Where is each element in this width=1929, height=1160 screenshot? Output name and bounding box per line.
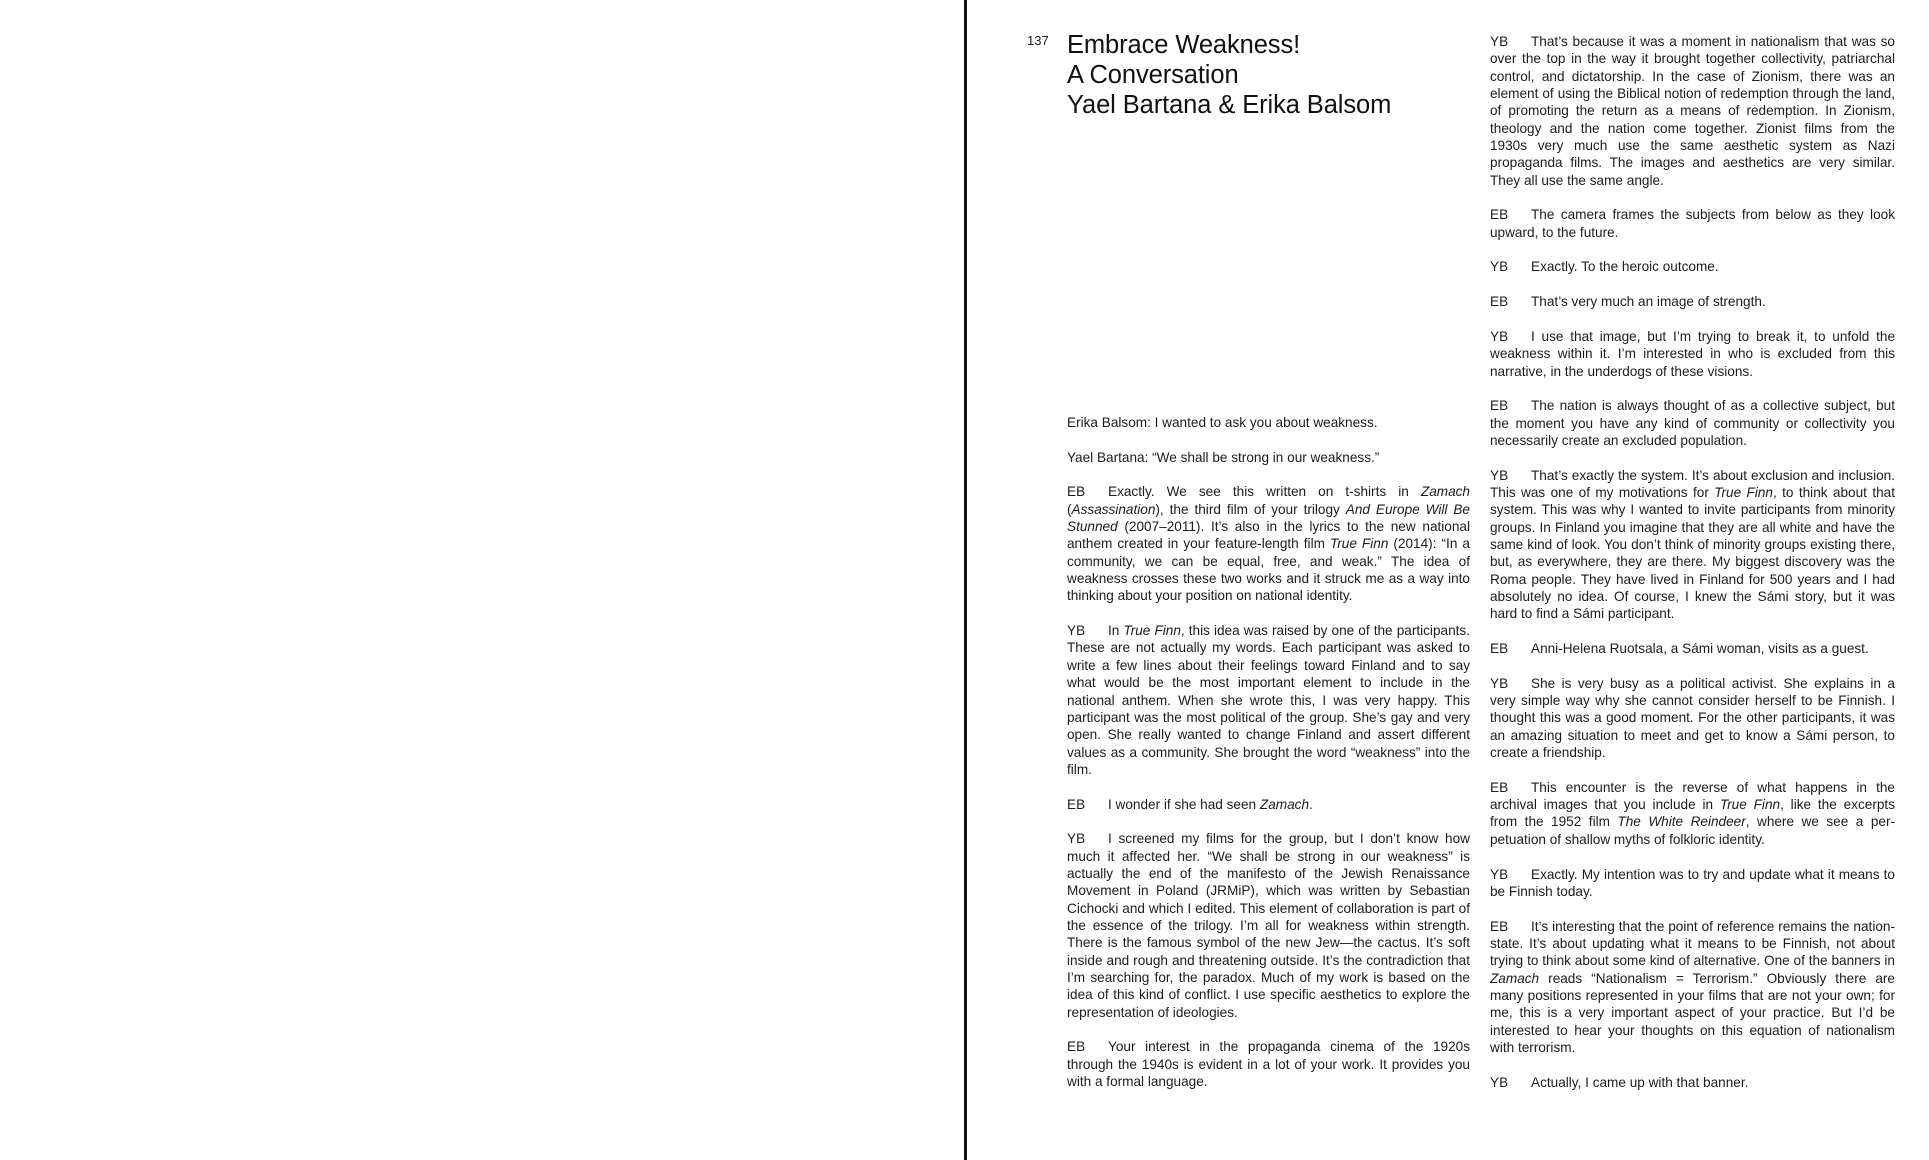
dialogue-paragraph: EBYour interest in the propaganda cinema… <box>1067 1038 1470 1090</box>
paragraph-text: Exactly. My intention was to try and upd… <box>1490 867 1895 899</box>
left-page-blank <box>0 0 964 1160</box>
paragraph-text: I screened my films for the group, but I… <box>1067 831 1470 1019</box>
speaker-initials: EB <box>1067 796 1108 813</box>
paragraph-text: , this idea was raised by one of the par… <box>1067 623 1470 777</box>
article-title: Embrace Weakness! A Conversation Yael Ba… <box>1067 30 1467 120</box>
dialogue-paragraph: EBI wonder if she had seen Zamach. <box>1067 796 1470 813</box>
speaker-initials: EB <box>1490 293 1531 310</box>
speaker-initials: YB <box>1067 622 1108 639</box>
work-title-italic: True Finn <box>1330 536 1388 551</box>
speaker-initials: EB <box>1490 397 1531 414</box>
right-text-column: YBThat’s because it was a moment in nati… <box>1490 33 1895 1091</box>
dialogue-paragraph: EBExactly. We see this written on t-shir… <box>1067 483 1470 604</box>
work-title-italic: Zamach <box>1421 484 1470 499</box>
paragraph-text: Exactly. To the heroic outcome. <box>1531 259 1719 274</box>
dialogue-paragraph: YBIn True Finn, this idea was raised by … <box>1067 622 1470 778</box>
title-line: A Conversation <box>1067 60 1467 90</box>
paragraph-text: . <box>1309 797 1313 812</box>
dialogue-paragraph: YBThat’s exactly the system. It’s about … <box>1490 467 1895 623</box>
paragraph-text: , to think about that system. This was w… <box>1490 485 1895 621</box>
speaker-initials: YB <box>1490 675 1531 692</box>
paragraph-text: I use that image, but I’m trying to brea… <box>1490 329 1895 379</box>
work-title-italic: Zamach <box>1490 971 1539 986</box>
speaker-initials: EB <box>1067 1038 1108 1055</box>
speaker-initials: YB <box>1490 467 1531 484</box>
dialogue-paragraph: YBShe is very busy as a political activi… <box>1490 675 1895 762</box>
work-title-italic: True Finn <box>1720 797 1780 812</box>
dialogue-paragraph: EBThe camera frames the subjects from be… <box>1490 206 1895 241</box>
dialogue-list: YBThat’s because it was a moment in nati… <box>1490 33 1895 1091</box>
speaker-initials: YB <box>1490 328 1531 345</box>
paragraph-text: That’s very much an image of strength. <box>1531 294 1766 309</box>
speaker-initials: YB <box>1490 33 1531 50</box>
dialogue-paragraph: EBAnni-Helena Ruotsala, a Sámi woman, vi… <box>1490 640 1895 657</box>
speaker-initials: YB <box>1490 1074 1531 1091</box>
paragraph-text: Actually, I came up with that banner. <box>1531 1075 1748 1090</box>
speaker-initials: YB <box>1067 830 1108 847</box>
paragraph-text: The nation is always thought of as a col… <box>1490 398 1895 448</box>
dialogue-paragraph: EBThe nation is always thought of as a c… <box>1490 397 1895 449</box>
work-title-italic: True Finn <box>1714 485 1773 500</box>
paragraph-text: I wonder if she had seen <box>1108 797 1260 812</box>
dialogue-paragraph: YBI screened my films for the group, but… <box>1067 830 1470 1021</box>
paragraph-text: Exactly. We see this written on t-shirts… <box>1108 484 1421 499</box>
speaker-initials: YB <box>1490 258 1531 275</box>
dialogue-paragraph: YBI use that image, but I’m trying to br… <box>1490 328 1895 380</box>
dialogue-paragraph: EBIt’s interesting that the point of ref… <box>1490 918 1895 1057</box>
title-line: Yael Bartana & Erika Balsom <box>1067 90 1467 120</box>
paragraph-text: ), the third film of your trilogy <box>1155 502 1345 517</box>
speaker-initials: EB <box>1490 206 1531 223</box>
paragraph-text: It’s interesting that the point of refer… <box>1490 919 1895 969</box>
speaker-initials: EB <box>1490 779 1531 796</box>
work-title-italic: The White Reindeer <box>1617 814 1745 829</box>
dialogue-paragraph: EBThat’s very much an image of strength. <box>1490 293 1895 310</box>
paragraph-text: In <box>1108 623 1123 638</box>
paragraph-text: She is very busy as a political activist… <box>1490 676 1895 760</box>
paragraph-text: The camera frames the subjects from belo… <box>1490 207 1895 239</box>
dialogue-paragraph: YBActually, I came up with that banner. <box>1490 1074 1895 1091</box>
work-title-italic: Zamach <box>1260 797 1309 812</box>
dialogue-list: EBExactly. We see this written on t-shir… <box>1067 483 1470 1090</box>
dialogue-paragraph: EBThis encounter is the reverse of what … <box>1490 779 1895 848</box>
dialogue-paragraph: YBThat’s because it was a moment in nati… <box>1490 33 1895 189</box>
work-title-italic: True Finn <box>1123 623 1180 638</box>
intro-line: Yael Bartana: “We shall be strong in our… <box>1067 449 1470 466</box>
left-text-column: Erika Balsom: I wanted to ask you about … <box>1067 414 1470 1090</box>
paragraph-text: reads “Nationalism = Terrorism.” Obvious… <box>1490 971 1895 1055</box>
title-line: Embrace Weakness! <box>1067 30 1467 60</box>
speaker-initials: EB <box>1490 918 1531 935</box>
paragraph-text: Your interest in the propaganda cinema o… <box>1067 1039 1470 1089</box>
page-number: 137 <box>1027 33 1049 49</box>
speaker-initials: YB <box>1490 866 1531 883</box>
page-gutter-divider <box>964 0 967 1160</box>
work-title-italic: Assassination <box>1072 502 1156 517</box>
paragraph-text: Anni-Helena Ruotsala, a Sámi woman, visi… <box>1531 641 1869 656</box>
speaker-initials: EB <box>1067 483 1108 500</box>
dialogue-paragraph: YBExactly. To the heroic outcome. <box>1490 258 1895 275</box>
paragraph-text: That’s because it was a moment in nation… <box>1490 34 1895 188</box>
intro-line: Erika Balsom: I wanted to ask you about … <box>1067 414 1470 431</box>
speaker-initials: EB <box>1490 640 1531 657</box>
dialogue-paragraph: YBExactly. My intention was to try and u… <box>1490 866 1895 901</box>
